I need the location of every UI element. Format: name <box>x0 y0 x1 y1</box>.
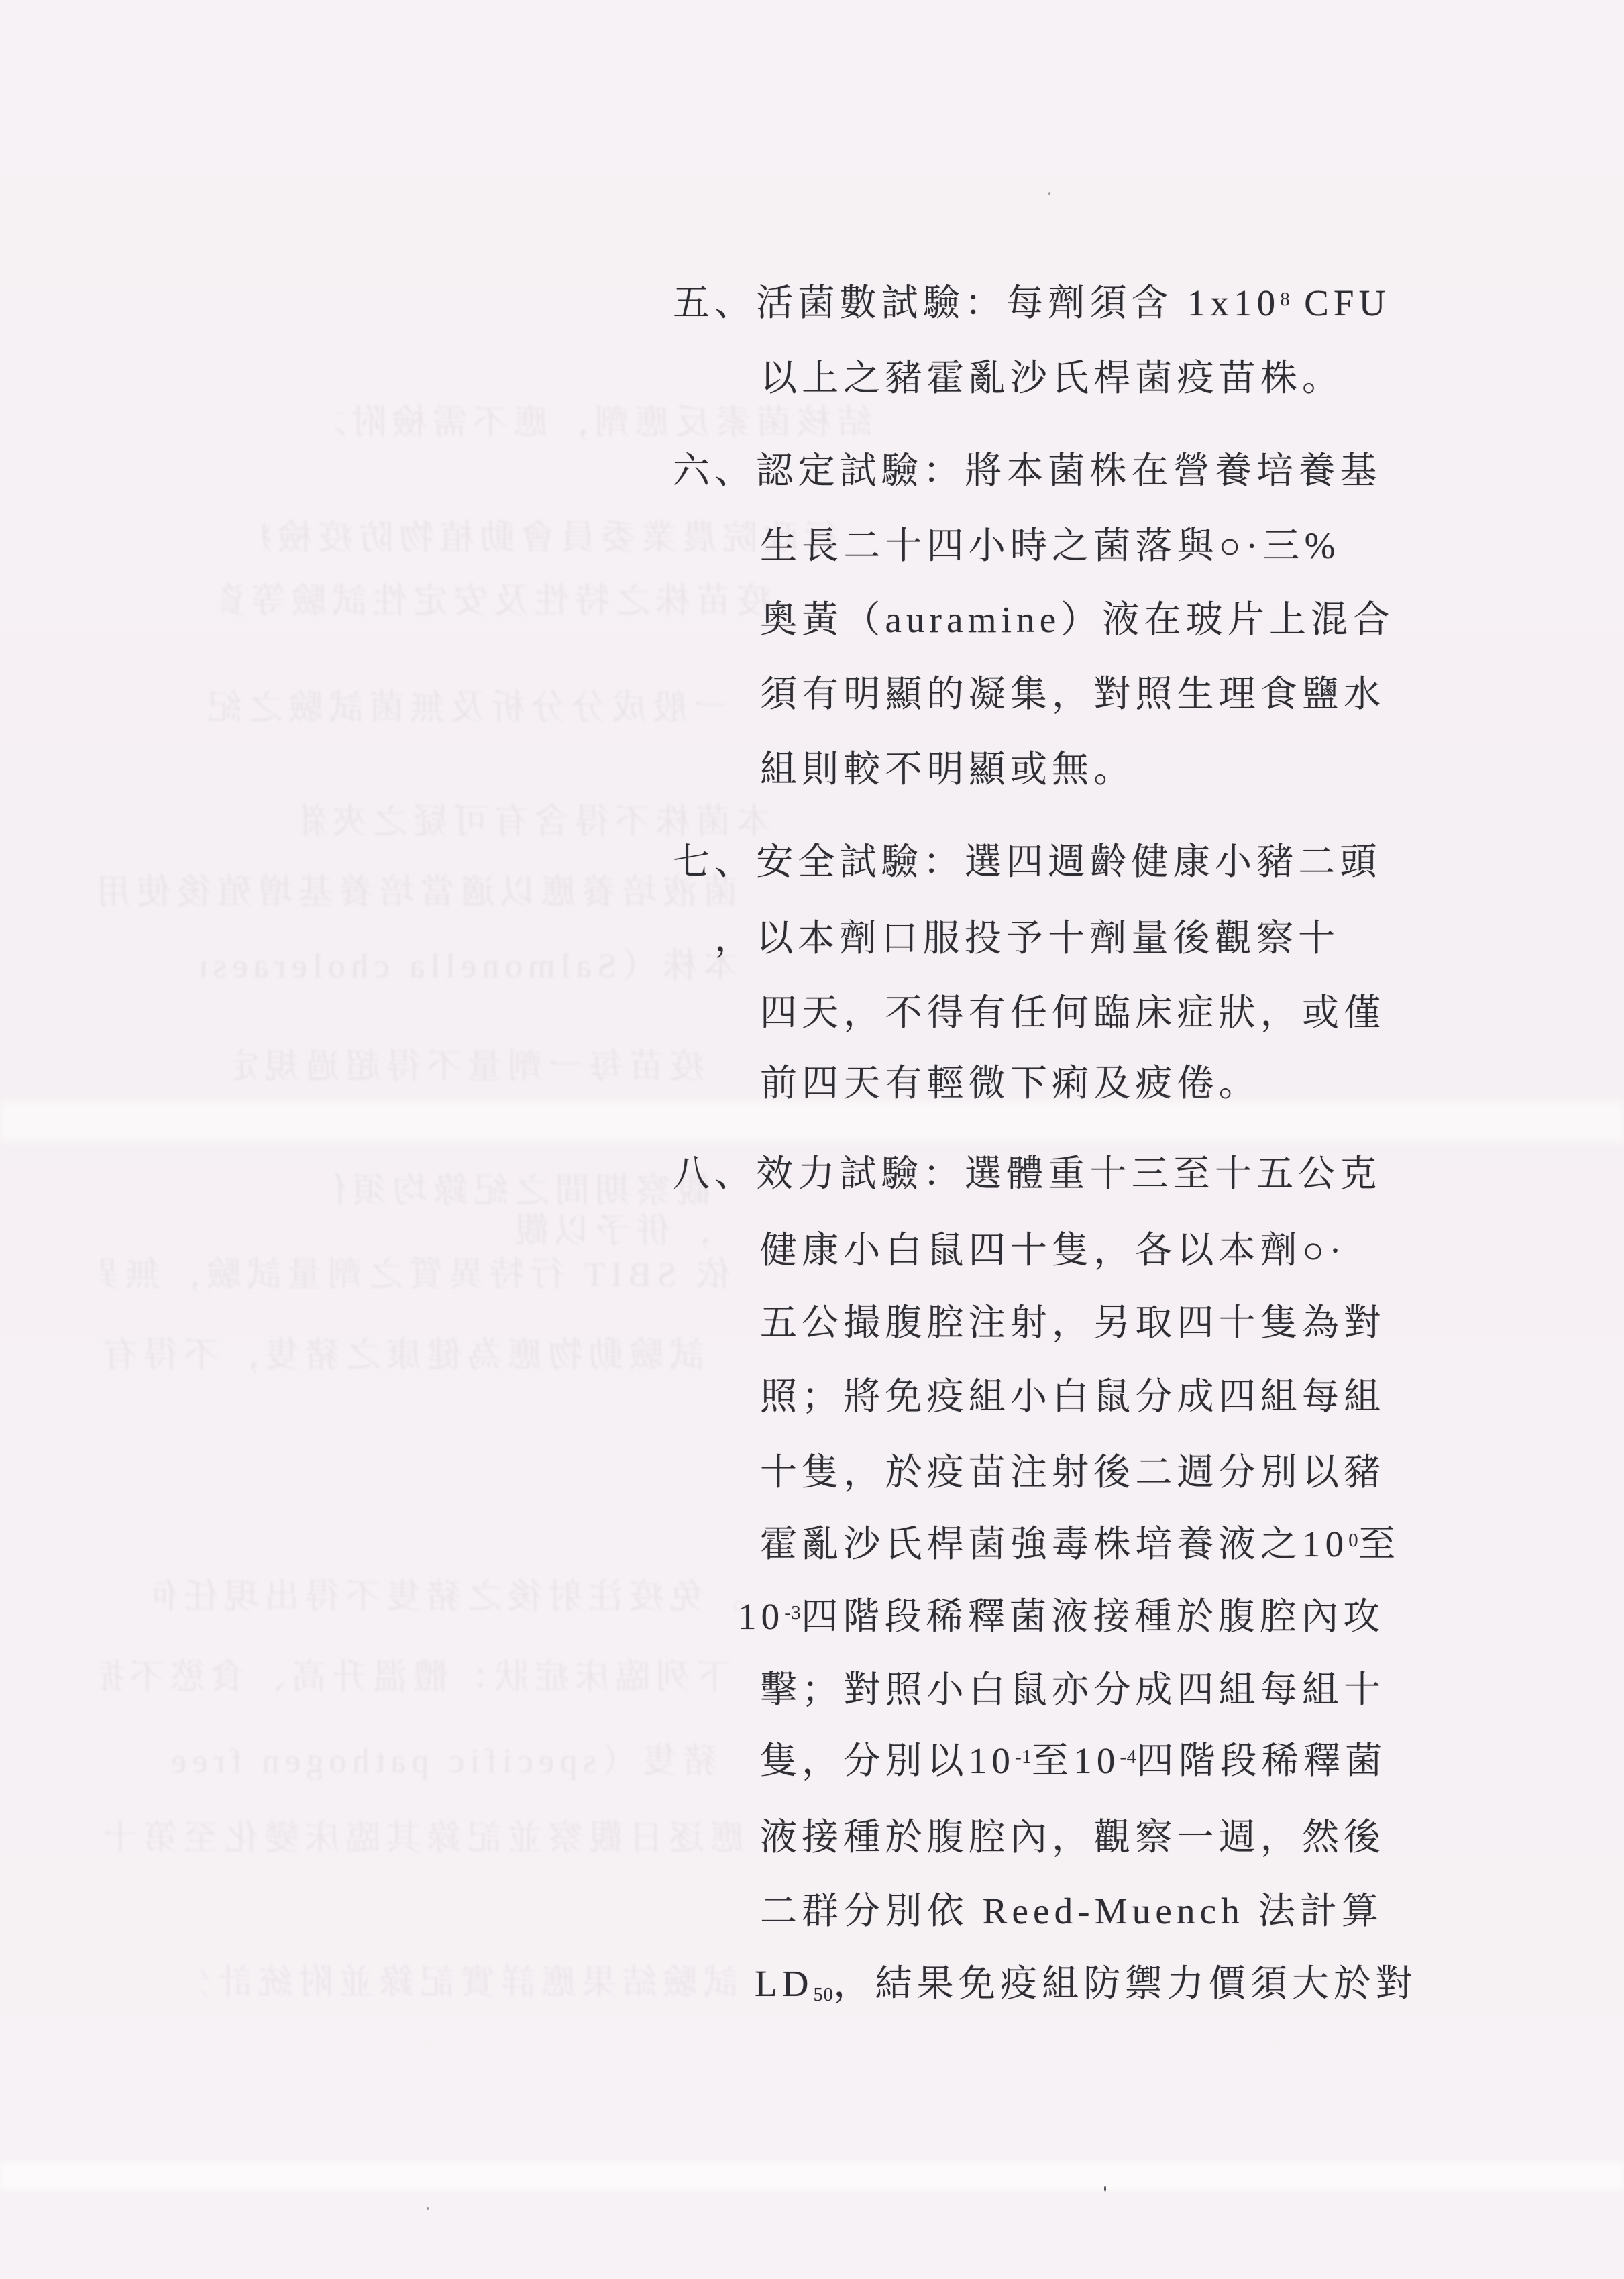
scan-speck <box>1104 2186 1106 2192</box>
bleedthrough-line: 觀察期間之紀錄均須保存一週 <box>335 1171 711 1212</box>
text-line: 奧黃（auramine）液在玻片上混合 <box>760 597 1394 643</box>
text-line: LD50，結果免疫組防禦力價須大於對 <box>755 1961 1417 2007</box>
text-line: 10-3四階段稀釋菌液接種於腹腔內攻 <box>738 1594 1385 1640</box>
bleedthrough-line: 行政院農業委員會動植物防疫檢疫局 <box>262 518 838 560</box>
text-line: 照；將免疫組小白鼠分成四組每組 <box>760 1374 1385 1420</box>
bleedthrough-line: 豬隻（specific pathogen free, SPF） <box>168 1741 718 1783</box>
text-line: 健康小白鼠四十隻，各以本劑○· <box>760 1228 1346 1274</box>
bleedthrough-line: 本菌株不得含有可疑之夾雜物質 <box>302 802 771 843</box>
bleedthrough-line: 結核菌素反應劑，應不需檢附之 <box>335 403 872 444</box>
text-line: 須有明顯的凝集，對照生理食鹽水 <box>760 672 1385 718</box>
text-line: 隻，分別以10-1至10-4四階段稀釋菌 <box>760 1738 1387 1785</box>
bleedthrough-line: 疫苗每一劑量不得超過規定之量 <box>235 1047 704 1088</box>
text-line: 四天，不得有任何臨床症狀，或僅 <box>760 990 1385 1037</box>
bleedthrough-line: 疫苗株之特性及安定性試驗等資料 <box>221 581 771 623</box>
text-line: 霍亂沙氏桿菌強毒株培養液之100至 <box>760 1522 1400 1568</box>
scanned-document-page: 結核菌素反應劑，應不需檢附之 行政院農業委員會動植物防疫檢疫局 疫苗株之特性及安… <box>0 0 1624 2279</box>
text-line: 生長二十四小時之菌落與○·三% <box>760 523 1340 570</box>
text-line: 擊；對照小白鼠亦分成四組每組十 <box>760 1667 1385 1713</box>
bleedthrough-line: 。免疫注射後之豬隻不得出現任何異 <box>154 1577 745 1618</box>
text-line: 二群分別依 Reed-Muench 法計算 <box>760 1889 1383 1935</box>
bleedthrough-line: 本株（Salmonella choleraesuis）經 <box>201 946 738 988</box>
text-line: 五公撮腹腔注射，另取四十隻為對 <box>760 1300 1385 1346</box>
text-line: 前四天有輕微下痢及疲倦。 <box>760 1061 1260 1107</box>
bleedthrough-line: 試驗結果應詳實記錄並附統計分析表 <box>201 1962 738 2004</box>
section-7-heading-line: 七、安全試驗：選四週齡健康小豬二頭 <box>673 839 1382 886</box>
bleedthrough-line: 菌液培養應以適當培養基增殖後使用之 <box>94 872 738 914</box>
text-line: 十隻，於疫苗注射後二週分別以豬 <box>760 1450 1385 1496</box>
scan-speck <box>1048 192 1050 195</box>
bleedthrough-line: 試驗動物應為健康之豬隻，不得有 <box>101 1335 704 1377</box>
text-line: 組則較不明顯或無。 <box>760 747 1135 793</box>
text-line: 液接種於腹腔內，觀察一週，然後 <box>760 1815 1385 1861</box>
scan-speck <box>427 2207 429 2210</box>
bleedthrough-line: 依 SBIT 行特異質之劑量試驗，無異 <box>101 1255 731 1296</box>
bleedthrough-line: 一般成分分析及無菌試驗之紀錄 <box>205 688 728 729</box>
section-5-heading-line: 五、活菌數試驗：每劑須含 1x108 CFU <box>673 280 1391 327</box>
bleedthrough-line: 應逐日觀察並記錄其臨床變化至第十四日 <box>101 1818 745 1860</box>
scan-light-band <box>0 2162 1624 2191</box>
text-line: 以上之豬霍亂沙氏桿菌疫苗株。 <box>760 356 1344 402</box>
text-line: ，以本劑口服投予十劑量後觀察十 <box>714 916 1340 962</box>
section-8-heading-line: 八、效力試驗：選體重十三至十五公克 <box>673 1151 1382 1198</box>
bleedthrough-line: 下列臨床症狀：體溫升高、食慾不振等 <box>101 1657 731 1699</box>
scan-light-band <box>0 1102 1624 1142</box>
section-6-heading-line: 六、認定試驗：將本菌株在營養培養基 <box>673 448 1382 494</box>
bleedthrough-line: ，併予以觀察 <box>517 1211 711 1253</box>
